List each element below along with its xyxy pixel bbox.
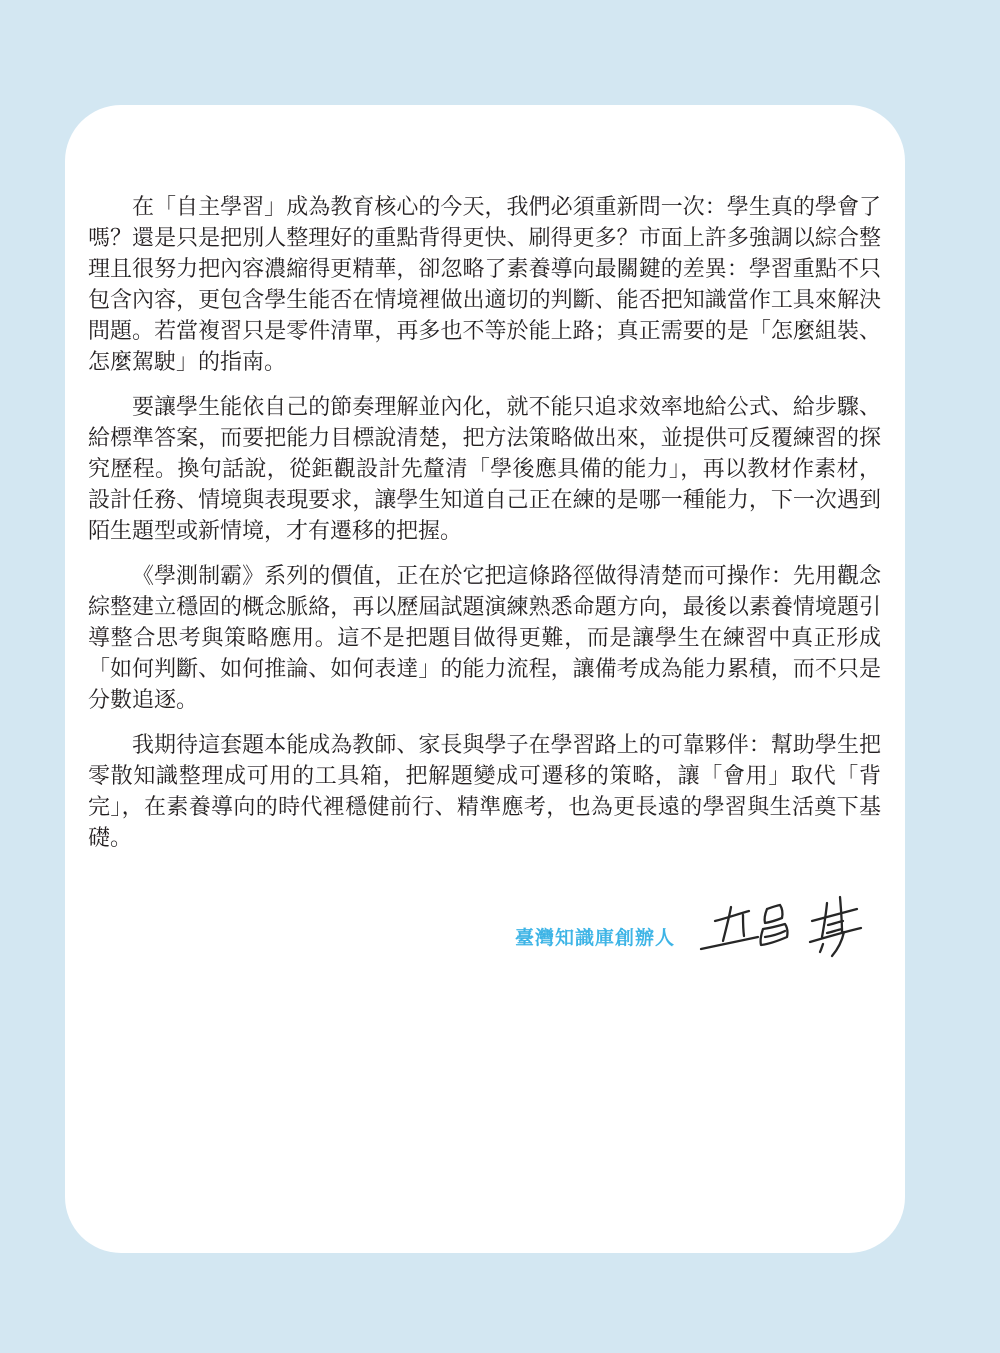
handwritten-signature-icon: [691, 884, 881, 989]
preface-paragraph-2: 要讓學生能依自己的節奏理解並內化，就不能只追求效率地給公式、給步驟、給標準答案，…: [88, 391, 881, 546]
signature-block: 臺灣知識庫創辦人: [88, 885, 881, 987]
preface-text-block: 在「自主學習」成為教育核心的今天，我們必須重新問一次：學生真的學會了嗎？還是只是…: [65, 105, 905, 987]
preface-card: 在「自主學習」成為教育核心的今天，我們必須重新問一次：學生真的學會了嗎？還是只是…: [65, 105, 905, 1253]
signature-title: 臺灣知識庫創辦人: [515, 923, 675, 950]
preface-paragraph-3: 《學測制霸》系列的價值，正在於它把這條路徑做得清楚而可操作：先用觀念綜整建立穩固…: [88, 560, 881, 715]
preface-paragraph-4: 我期待這套題本能成為教師、家長與學子在學習路上的可靠夥伴：幫助學生把零散知識整理…: [88, 729, 881, 853]
preface-paragraph-1: 在「自主學習」成為教育核心的今天，我們必須重新問一次：學生真的學會了嗎？還是只是…: [88, 191, 881, 377]
